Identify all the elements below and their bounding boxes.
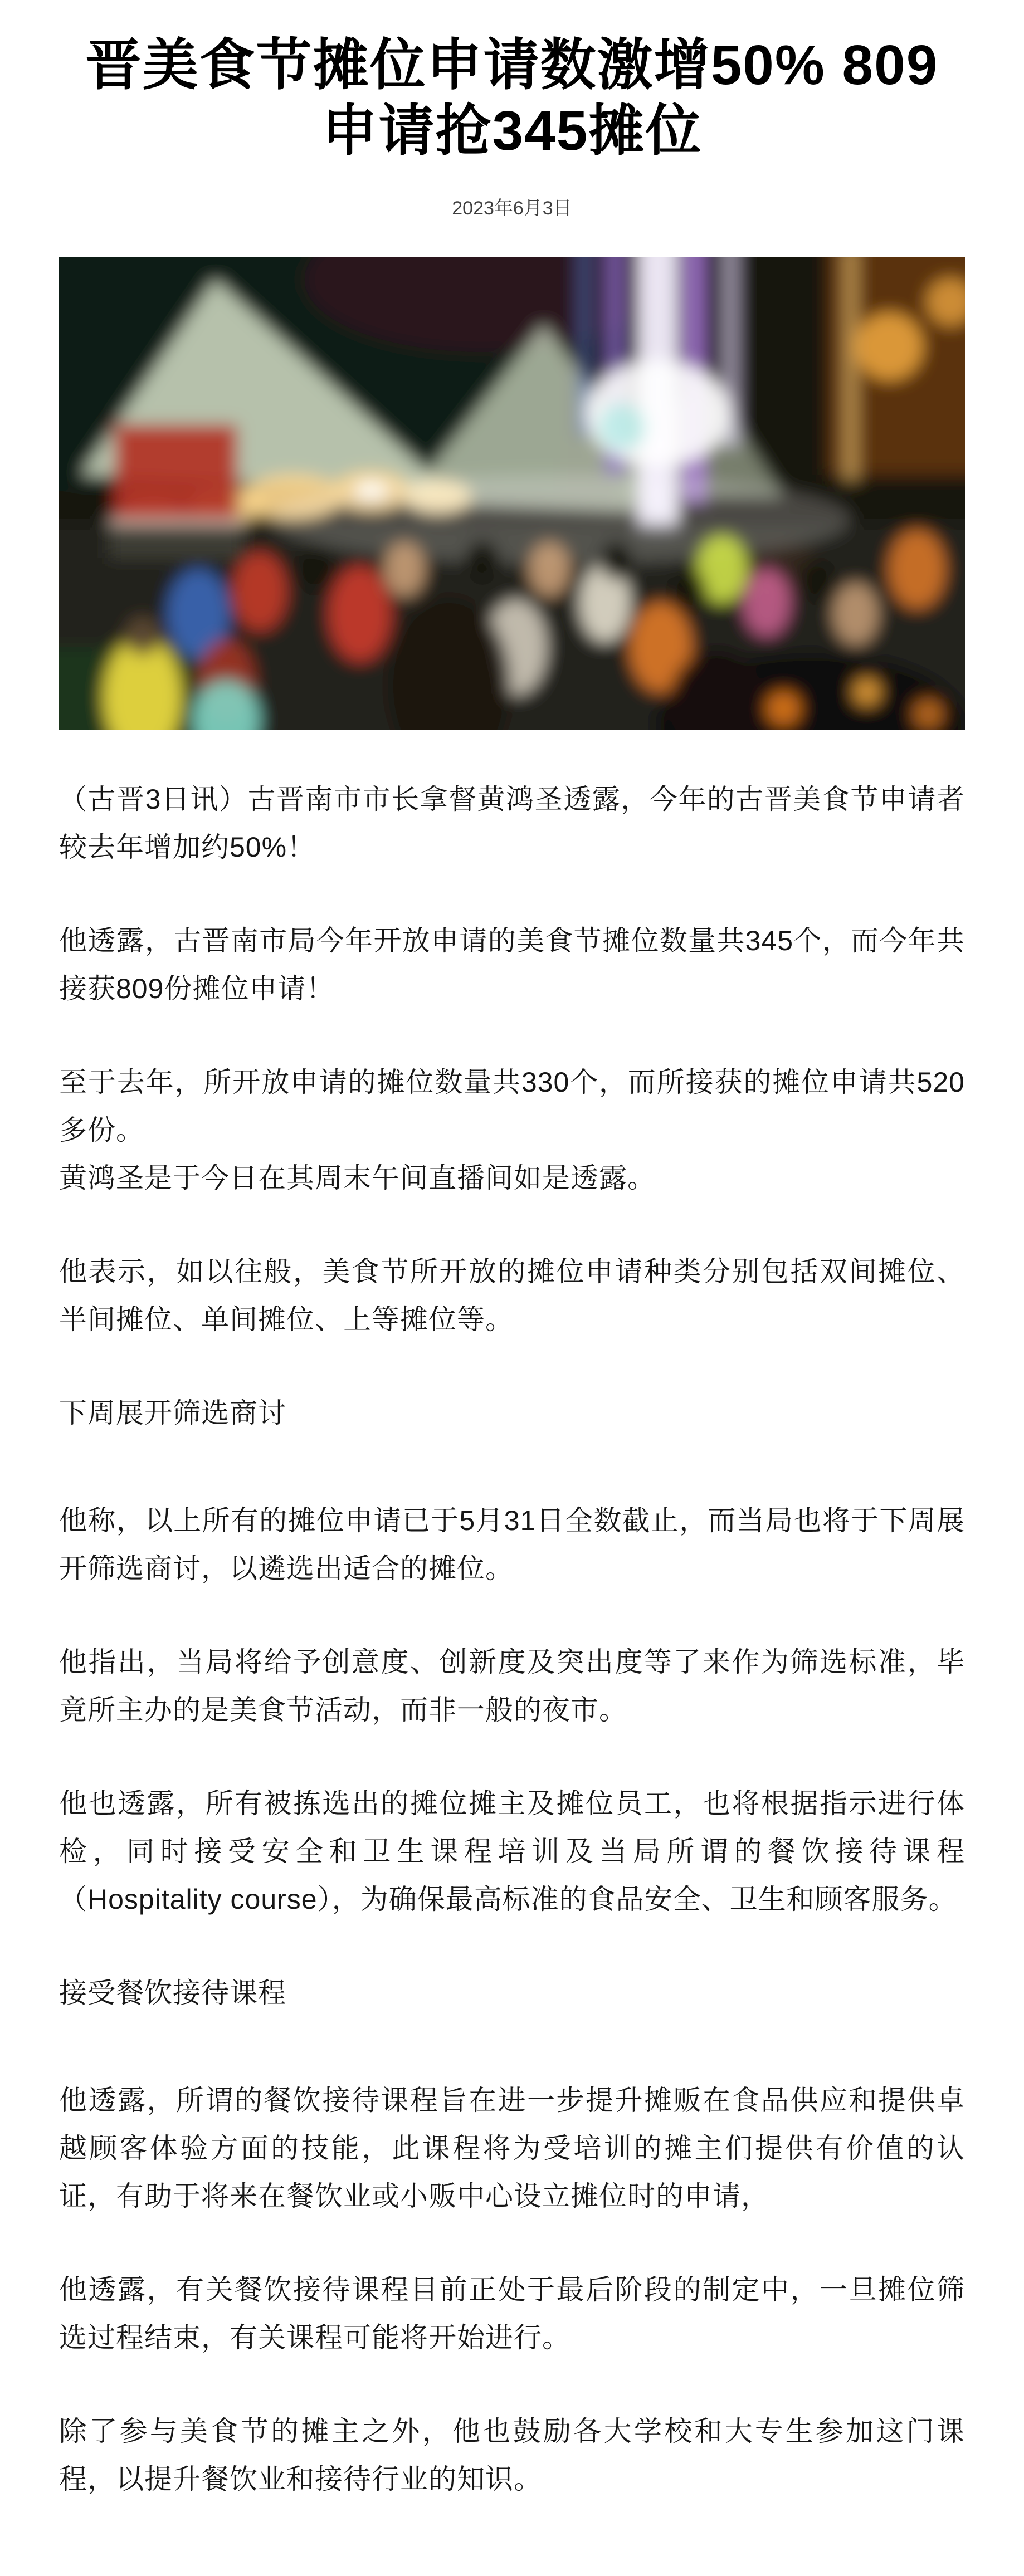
section-heading-screening: 下周展开筛选商讨: [59, 1389, 965, 1437]
paragraph-line: 黄鸿圣是于今日在其周末午间直播间如是透露。: [59, 1154, 965, 1202]
blurred-festival-photo: [59, 257, 965, 730]
page-title-line-1: 晋美食节摊位申请数激增50% 809: [59, 32, 965, 98]
article-page: 晋美食节摊位申请数激增50% 809 申请抢345摊位 2023年6月3日: [0, 0, 1024, 2503]
section-heading-hospitality-course: 接受餐饮接待课程: [59, 1969, 965, 2017]
article-photo: [59, 257, 965, 730]
article-date: 2023年6月3日: [59, 196, 965, 221]
paragraph: 他表示，如以往般，美食节所开放的摊位申请种类分别包括双间摊位、半间摊位、单间摊位…: [59, 1248, 965, 1343]
page-title: 晋美食节摊位申请数激增50% 809 申请抢345摊位: [59, 32, 965, 164]
paragraph-line: 至于去年，所开放申请的摊位数量共330个，而所接获的摊位申请共520多份。: [59, 1058, 965, 1154]
paragraph: 他透露，古晋南市局今年开放申请的美食节摊位数量共345个，而今年共接获809份摊…: [59, 917, 965, 1013]
paragraph: （古晋3日讯）古晋南市市长拿督黄鸿圣透露，今年的古晋美食节申请者较去年增加约50…: [59, 775, 965, 871]
paragraph: 他指出，当局将给予创意度、创新度及突出度等了来作为筛选标准，毕竟所主办的是美食节…: [59, 1638, 965, 1734]
page-title-line-2: 申请抢345摊位: [59, 98, 965, 164]
paragraph: 除了参与美食节的摊主之外，他也鼓励各大学校和大专生参加这门课程，以提升餐饮业和接…: [59, 2407, 965, 2503]
paragraph: 至于去年，所开放申请的摊位数量共330个，而所接获的摊位申请共520多份。 黄鸿…: [59, 1058, 965, 1202]
paragraph: 他称，以上所有的摊位申请已于5月31日全数截止，而当局也将于下周展开筛选商讨，以…: [59, 1497, 965, 1592]
article-body: （古晋3日讯）古晋南市市长拿督黄鸿圣透露，今年的古晋美食节申请者较去年增加约50…: [59, 775, 965, 2503]
paragraph: 他透露，有关餐饮接待课程目前正处于最后阶段的制定中，一旦摊位筛选过程结束，有关课…: [59, 2266, 965, 2362]
paragraph: 他透露，所谓的餐饮接待课程旨在进一步提升摊贩在食品供应和提供卓越顾客体验方面的技…: [59, 2076, 965, 2220]
paragraph: 他也透露，所有被拣选出的摊位摊主及摊位员工，也将根据指示进行体检，同时接受安全和…: [59, 1780, 965, 1923]
